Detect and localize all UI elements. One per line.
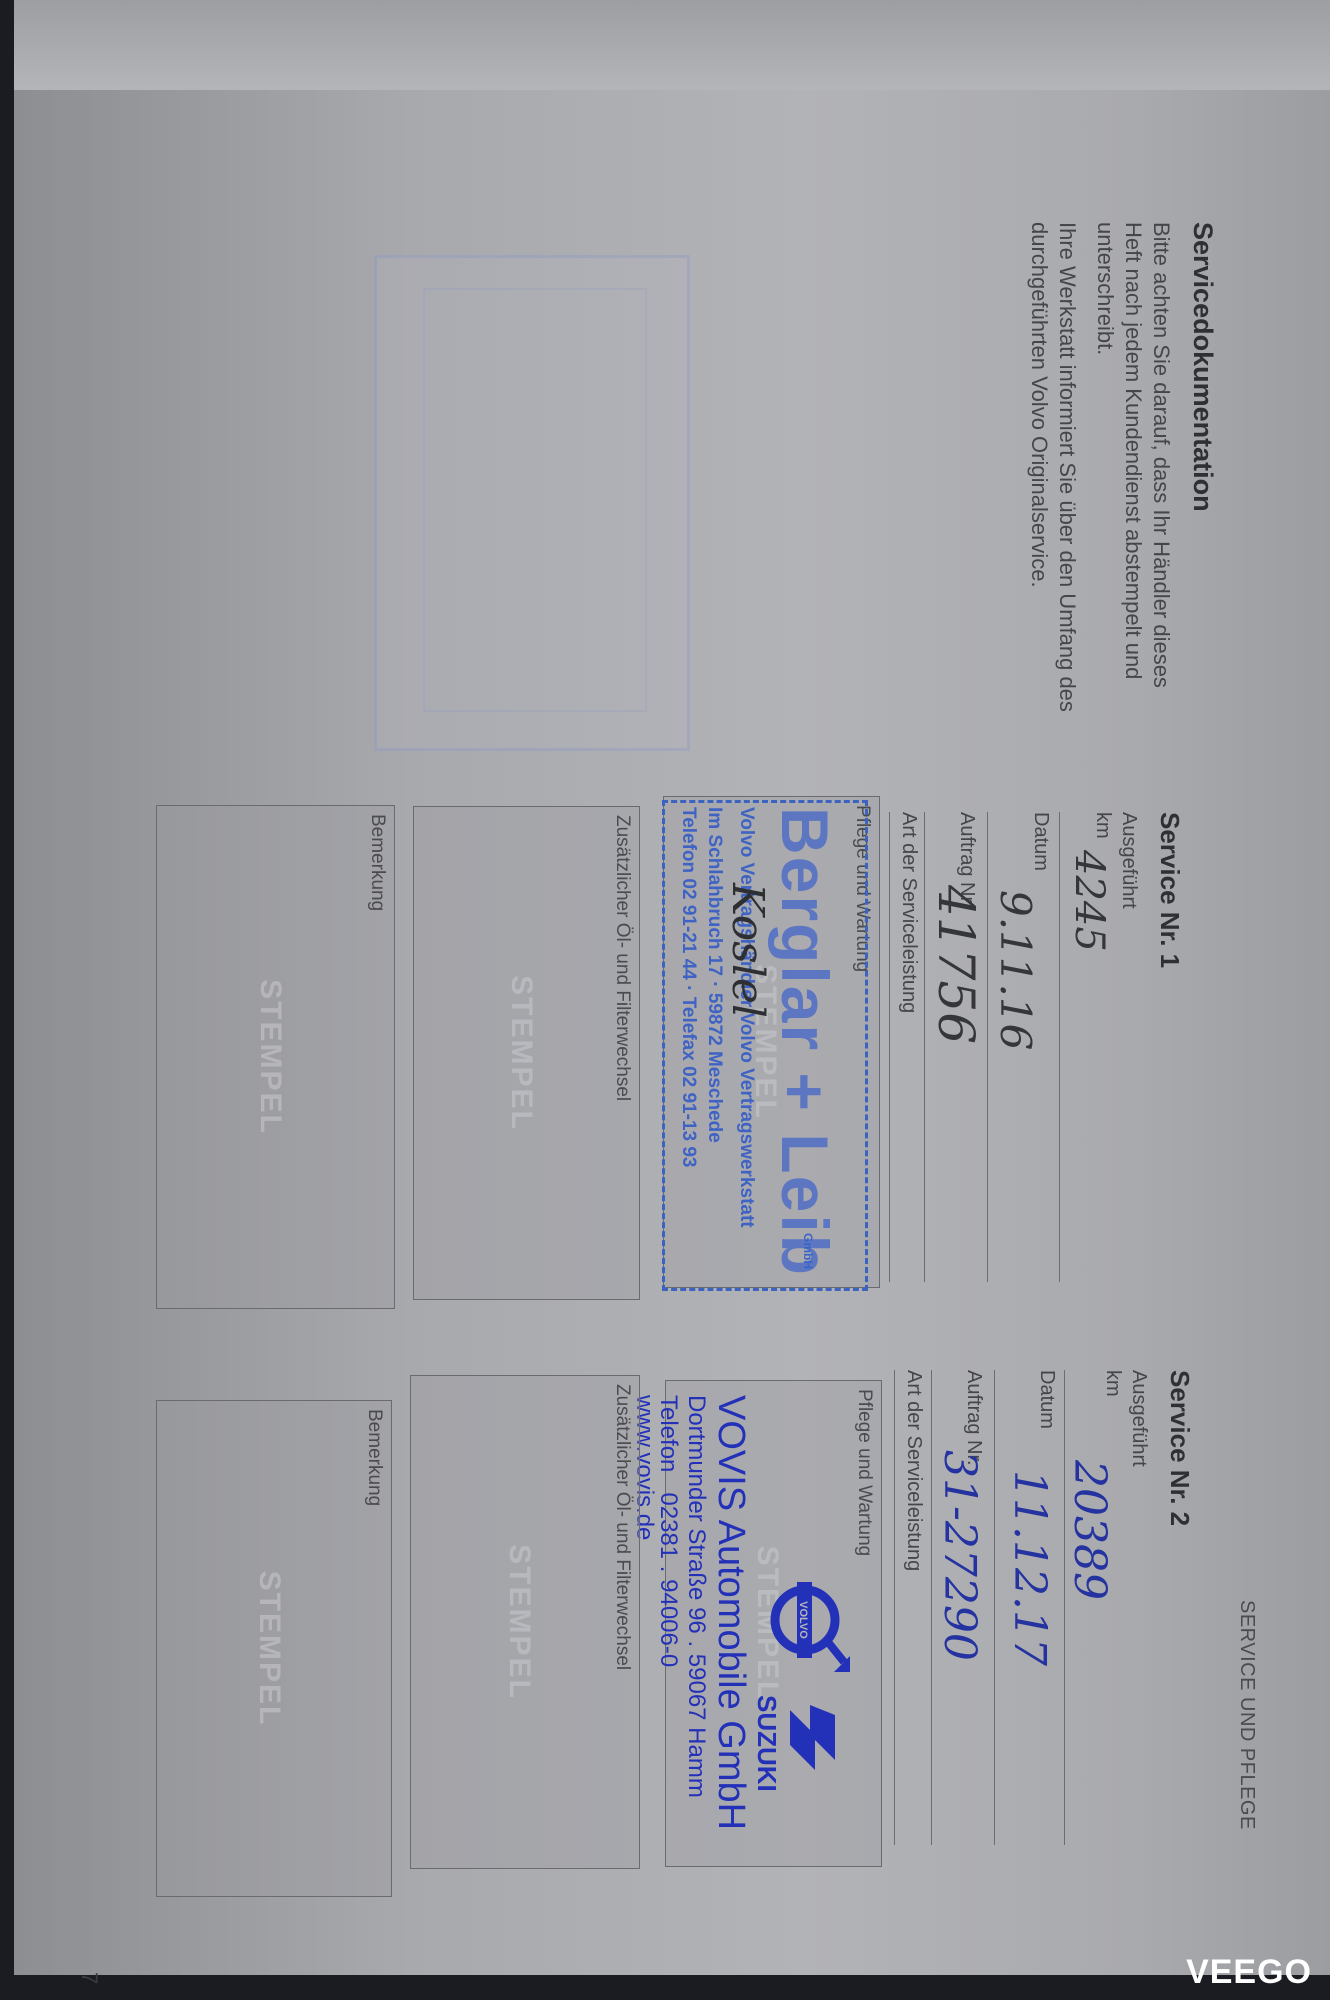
section-tag: SERVICE UND PFLEGE: [1235, 1600, 1258, 1830]
service-1-oil-box[interactable]: Zusätzlicher Öl- und Filterwechsel STEMP…: [413, 806, 640, 1300]
service-2-remark-box[interactable]: Bemerkung STEMPEL: [156, 1400, 392, 1897]
service-2-oil-stamp-watermark: STEMPEL: [502, 1376, 536, 1868]
intro-title: Servicedokumentation: [1187, 222, 1218, 512]
service-2-type-line: [894, 1370, 895, 1845]
ghost-stamp: [374, 255, 690, 751]
veego-watermark-logo: VEEGO: [1186, 1953, 1312, 1992]
service-1-oil-label: Zusätzlicher Öl- und Filterwechsel: [611, 815, 633, 1101]
service-2-date-label: Datum: [1035, 1370, 1058, 1429]
service-1-km-line: [1059, 812, 1060, 1282]
service-1-order-value[interactable]: 41756: [927, 885, 985, 1044]
service-1-order-line: [924, 812, 925, 1282]
dealer-1-line-3: Telefon 02 91-21 44 · Telefax 02 91-13 9…: [677, 807, 699, 1168]
intro-paragraph-2: Ihre Werkstatt informiert Sie über den U…: [1025, 222, 1081, 732]
service-2-km-value[interactable]: 20389: [1064, 1460, 1115, 1600]
service-1-date-value[interactable]: 9.11.16: [991, 890, 1040, 1050]
service-2-oil-box[interactable]: Zusätzlicher Öl- und Filterwechsel STEMP…: [410, 1375, 640, 1869]
service-2-order-value[interactable]: 31-27290: [934, 1450, 985, 1661]
dealer-2-name: VOVIS Automobile GmbH: [709, 1395, 752, 1830]
service-2-date-value[interactable]: 11.12.17: [1004, 1470, 1055, 1666]
suzuki-logo-icon: [785, 1705, 845, 1785]
service-1-type-line: [889, 812, 890, 1282]
service-2-type-label: Art der Serviceleistung: [902, 1370, 925, 1571]
service-2-care-label: Pflege und Wartung: [853, 1389, 875, 1556]
svg-text:VOLVO: VOLVO: [797, 1601, 809, 1639]
service-1-dealer-stamp: Berglar + Leib GmbH Volvo Vertragshändle…: [662, 800, 868, 1291]
service-1-km-label: km: [1091, 812, 1114, 839]
service-2-oil-label: Zusätzlicher Öl- und Filterwechsel: [611, 1384, 633, 1670]
dealer-2-brand-suzuki: SUZUKI: [751, 1695, 782, 1792]
volvo-logo-icon: VOLVO: [760, 1570, 850, 1680]
service-2-remark-label: Bemerkung: [363, 1409, 385, 1506]
dealer-2-line-1: Dortmunder Straße 96 . 59067 Hamm: [682, 1395, 710, 1798]
dealer-1-signature: Koslel: [722, 883, 773, 1018]
ghost-stamp-inner: [423, 288, 647, 712]
service-2-order-line: [931, 1370, 932, 1845]
service-2-km-line: [1064, 1370, 1065, 1845]
intro-text: Bitte achten Sie darauf, dass Ihr Händle…: [1015, 222, 1175, 732]
dealer-2-line-2: Telefon 02381 . 94006-0: [654, 1395, 682, 1667]
rotated-page: Servicedokumentation Bitte achten Sie da…: [0, 0, 1330, 2000]
service-1-remark-stamp-watermark: STEMPEL: [253, 806, 287, 1308]
service-2-dealer-stamp: VOLVO SUZUKI VOVIS Automobile GmbH Dortm…: [650, 1395, 850, 1865]
service-1-executed-label: Ausgeführt: [1117, 812, 1140, 909]
service-1-remark-box[interactable]: Bemerkung STEMPEL: [156, 805, 395, 1309]
intro-paragraph-1: Bitte achten Sie darauf, dass Ihr Händle…: [1091, 222, 1175, 732]
service-2-title: Service Nr. 2: [1164, 1370, 1195, 1526]
dealer-1-suffix: GmbH: [801, 1233, 815, 1269]
service-1-oil-stamp-watermark: STEMPEL: [504, 807, 538, 1299]
service-1-date-line: [987, 812, 988, 1282]
service-2-date-line: [994, 1370, 995, 1845]
dealer-1-name: Berglar + Leib: [767, 807, 843, 1277]
service-1-date-label: Datum: [1029, 812, 1052, 871]
page-number: 7: [76, 1972, 102, 1984]
service-1-type-label: Art der Serviceleistung: [897, 812, 920, 1013]
service-1-remark-label: Bemerkung: [366, 814, 388, 911]
service-1-title: Service Nr. 1: [1154, 812, 1185, 968]
service-2-executed-label: Ausgeführt: [1127, 1370, 1150, 1467]
service-2-remark-stamp-watermark: STEMPEL: [252, 1401, 286, 1896]
service-2-km-label: km: [1101, 1370, 1124, 1397]
service-1-km-value[interactable]: 4245: [1066, 850, 1112, 952]
